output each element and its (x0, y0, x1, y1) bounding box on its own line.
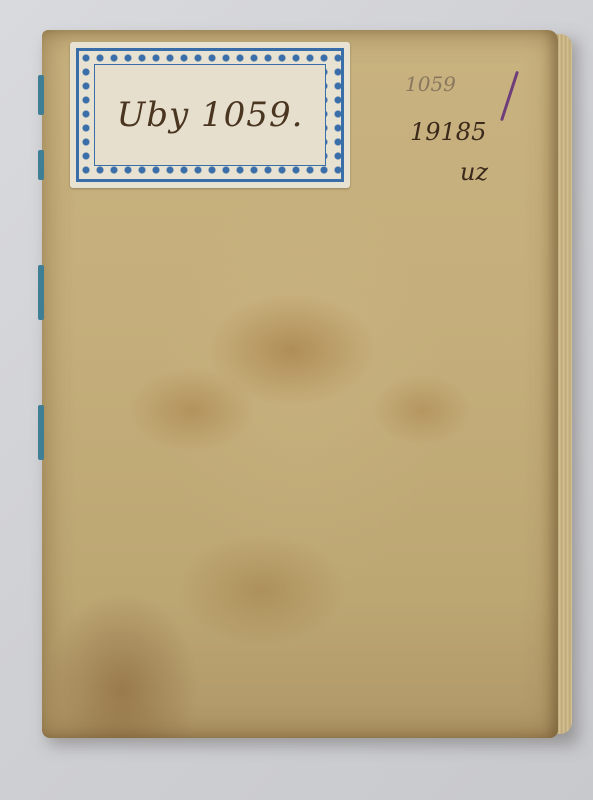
label-inner-field: Uby 1059. (94, 64, 326, 166)
pencil-annotation: 1059 (405, 72, 456, 96)
binding-stitch (38, 75, 44, 115)
binding-stitch (38, 265, 44, 320)
binding-stitch (38, 150, 44, 180)
ink-annotation-number: 19185 (410, 118, 486, 146)
shelf-mark-text: Uby 1059. (117, 95, 304, 135)
binding-stitch (38, 405, 44, 460)
shelf-mark-label: Uby 1059. (70, 42, 350, 188)
ink-annotation-letters: uz (460, 158, 488, 186)
